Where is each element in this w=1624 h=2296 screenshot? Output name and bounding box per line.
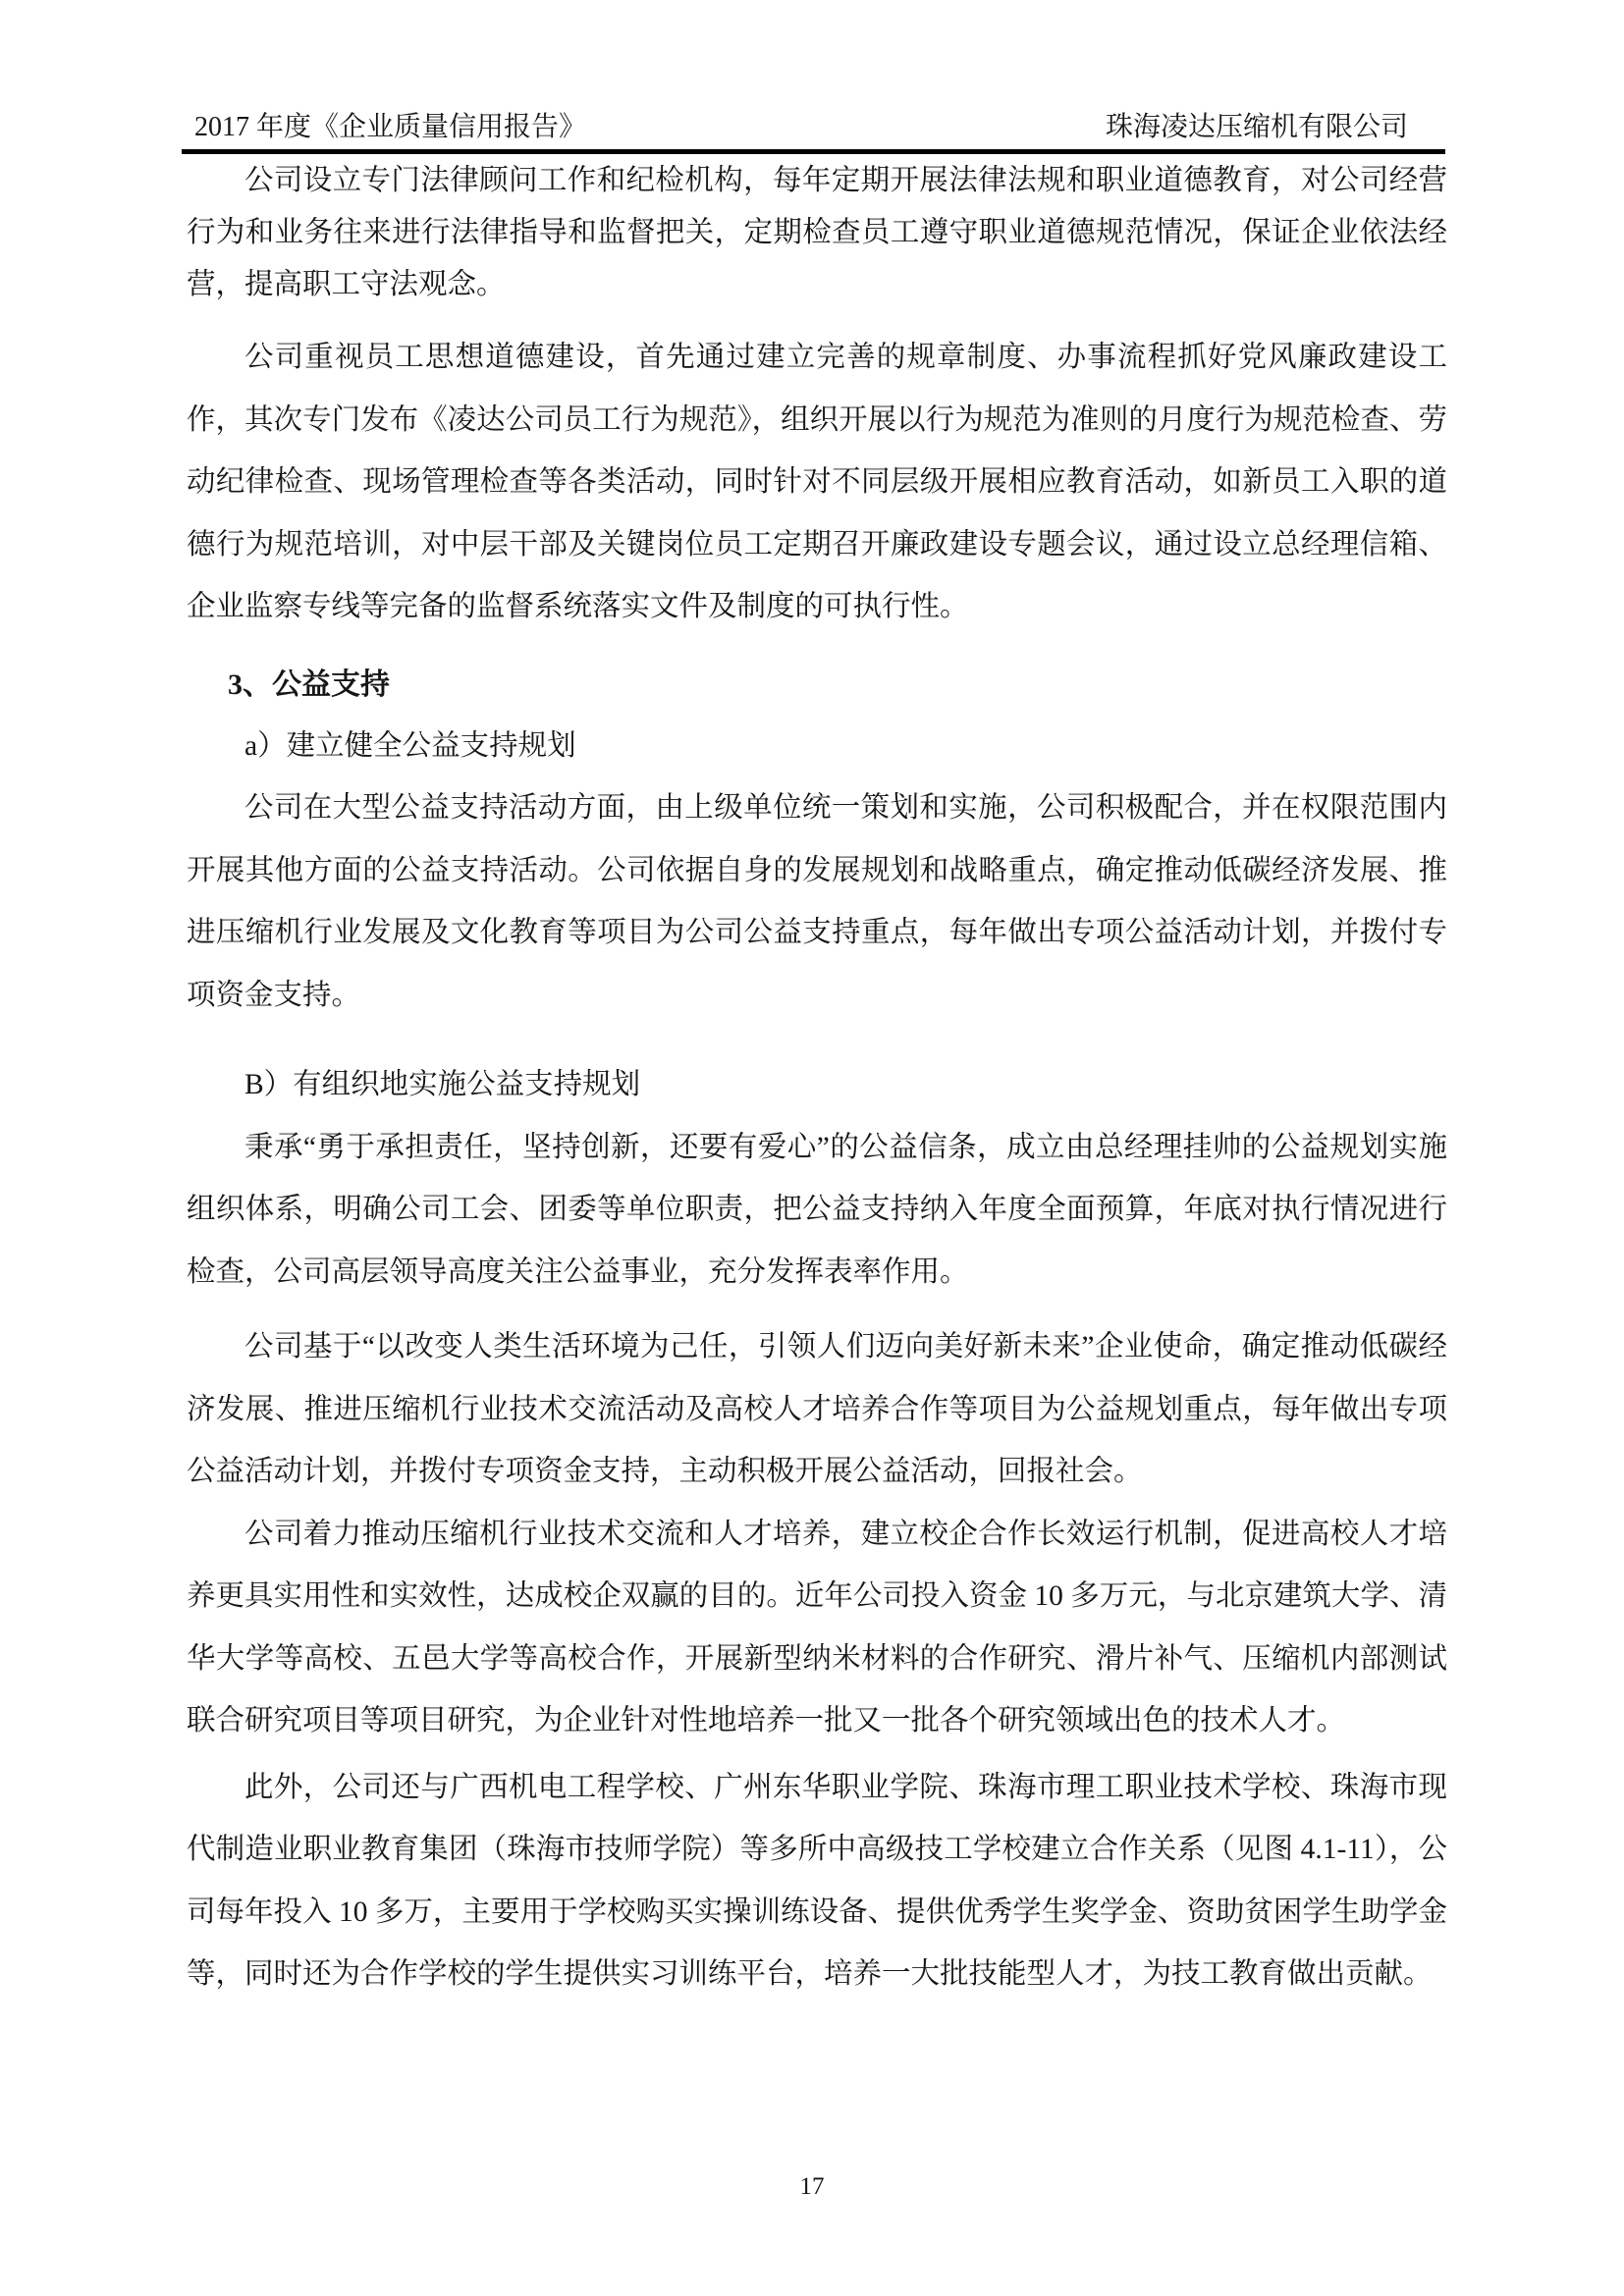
section-heading-public-welfare: 3、公益支持 xyxy=(187,654,1447,716)
paragraph-vocational-schools: 此外，公司还与广西机电工程学校、广州东华职业学院、珠海市理工职业技术学校、珠海市… xyxy=(187,1757,1447,2006)
header-rule xyxy=(182,149,1445,154)
document-page: 2017 年度《企业质量信用报告》 珠海凌达压缩机有限公司 公司设立专门法律顾问… xyxy=(0,0,1624,2296)
subitem-a-establish-plan: a）建立健全公益支持规划 xyxy=(187,716,1447,778)
paragraph-corporate-mission: 公司基于“以改变人类生活环境为己任，引领人们迈向美好新未来”企业使命，确定推动低… xyxy=(187,1316,1447,1504)
paragraph-legal-advisor: 公司设立专门法律顾问工作和纪检机构，每年定期开展法律法规和职业道德教育，对公司经… xyxy=(187,155,1447,311)
subitem-b-implement-plan: B）有组织地实施公益支持规划 xyxy=(187,1054,1447,1117)
paragraph-ethics-building: 公司重视员工思想道德建设，首先通过建立完善的规章制度、办事流程抓好党风廉政建设工… xyxy=(187,327,1447,639)
header-report-title: 2017 年度《企业质量信用报告》 xyxy=(187,110,586,145)
paragraph-welfare-planning: 公司在大型公益支持活动方面，由上级单位统一策划和实施，公司积极配合，并在权限范围… xyxy=(187,777,1447,1027)
document-body: 公司设立专门法律顾问工作和纪检机构，每年定期开展法律法规和职业道德教育，对公司经… xyxy=(187,155,1447,2006)
page-footer: 17 xyxy=(0,2172,1624,2202)
paragraph-welfare-creed: 秉承“勇于承担责任，坚持创新，还要有爱心”的公益信条，成立由总经理挂帅的公益规划… xyxy=(187,1117,1447,1305)
page-number: 17 xyxy=(800,2173,825,2200)
header-company-name: 珠海凌达压缩机有限公司 xyxy=(1106,110,1447,145)
page-header: 2017 年度《企业质量信用报告》 珠海凌达压缩机有限公司 xyxy=(187,110,1447,145)
paragraph-university-cooperation: 公司着力推动压缩机行业技术交流和人才培养，建立校企合作长效运行机制，促进高校人才… xyxy=(187,1504,1447,1753)
